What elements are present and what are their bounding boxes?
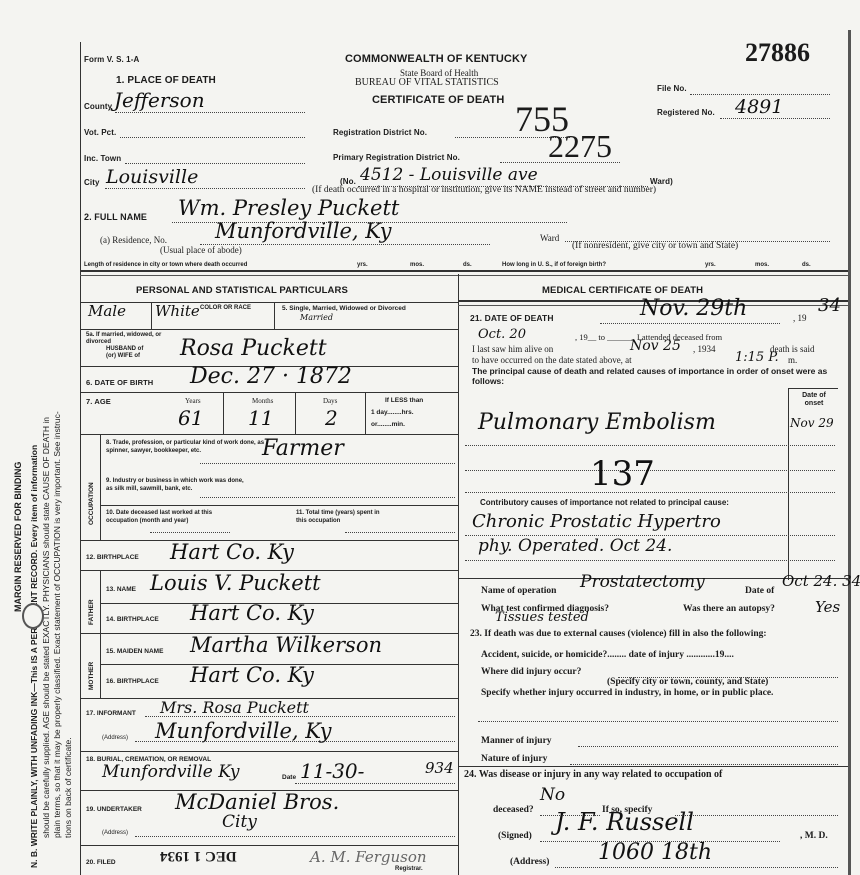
- commonwealth-heading: COMMONWEALTH OF KENTUCKY: [345, 53, 527, 65]
- principal-cause-value[interactable]: Pulmonary Embolism: [478, 410, 716, 435]
- if-so-field[interactable]: [675, 815, 838, 816]
- section-divider: [80, 270, 848, 276]
- deceased-label: deceased?: [493, 805, 534, 815]
- where-injury-label: Where did injury occur?: [481, 667, 581, 677]
- signed-label: (Signed): [498, 831, 532, 841]
- divider: [151, 302, 152, 329]
- months-value[interactable]: 11: [248, 406, 273, 430]
- trade-line: [200, 463, 455, 464]
- undertaker-value[interactable]: McDaniel Bros.: [175, 790, 339, 814]
- foreign-ds: ds.: [802, 262, 811, 268]
- vot-pct-field[interactable]: [120, 137, 305, 138]
- date-of-death-line: [600, 323, 780, 324]
- years-label: Years: [185, 397, 201, 405]
- margin-instructions-3: plain terms, so that it may be properly …: [52, 411, 63, 838]
- dob-value[interactable]: Dec. 27 · 1872: [190, 364, 352, 389]
- full-name-label: 2. FULL NAME: [84, 212, 147, 222]
- father-name-value[interactable]: Louis V. Puckett: [150, 571, 321, 595]
- contributory-label: Contributory causes of importance not re…: [480, 498, 750, 507]
- father-birthplace-value[interactable]: Hart Co. Ky: [190, 601, 314, 625]
- informant-value[interactable]: Mrs. Rosa Puckett: [160, 698, 309, 717]
- margin-instructions-2: should be carefully supplied. AGE should…: [41, 417, 52, 838]
- medical-section-title: MEDICAL CERTIFICATE OF DEATH: [542, 285, 703, 296]
- autopsy-value[interactable]: Yes: [815, 598, 840, 616]
- spouse-label-line1: 5a. If married, widowed, or divorced: [86, 332, 166, 346]
- divider: [100, 434, 101, 540]
- informant-address-value[interactable]: Munfordville, Ky: [155, 719, 331, 743]
- length-residence-label: Length of residence in city or town wher…: [84, 262, 247, 268]
- marital-value[interactable]: Married: [300, 313, 333, 322]
- informant-address-line: [135, 741, 455, 742]
- margin-binding-label: MARGIN RESERVED FOR BINDING: [13, 462, 24, 612]
- days-value[interactable]: 2: [325, 406, 338, 430]
- vot-pct-label: Vot. Pct.: [84, 128, 116, 137]
- informant-label: 17. INFORMANT: [86, 710, 136, 717]
- ward-label: Ward: [540, 233, 559, 243]
- specify-where-field[interactable]: [478, 721, 838, 722]
- frame-right: [848, 30, 851, 875]
- form-id: Form V. S. 1-A: [84, 55, 139, 64]
- full-name-value[interactable]: Wm. Presley Puckett: [178, 196, 399, 220]
- mother-birthplace-label: 16. BIRTHPLACE: [106, 678, 159, 685]
- divider: [80, 302, 458, 303]
- principal-onset-value[interactable]: Nov 29: [790, 416, 834, 430]
- mother-side-label: MOTHER: [88, 662, 95, 690]
- spouse-label-line3: (or) WIFE of: [86, 353, 166, 360]
- day-hrs-field[interactable]: 1 day........hrs.: [371, 409, 414, 416]
- primary-registration-label: Primary Registration District No.: [333, 153, 460, 162]
- divider: [80, 434, 458, 435]
- binding-hole: [22, 603, 44, 629]
- inc-town-label: Inc. Town: [84, 154, 121, 163]
- spouse-label-line2: HUSBAND of: [86, 346, 166, 353]
- occupation-related-label: 24. Was disease or injury in any way rel…: [464, 769, 722, 780]
- county-line: [115, 112, 305, 113]
- contributory-line1[interactable]: Chronic Prostatic Hypertro: [472, 511, 721, 532]
- spouse-value[interactable]: Rosa Puckett: [180, 336, 327, 361]
- registrar-signature: A. M. Ferguson: [310, 848, 427, 866]
- divider: [458, 766, 848, 767]
- foreign-birth-label: How long in U. S., if of foreign birth?: [502, 262, 606, 268]
- res-mos: mos.: [410, 262, 424, 268]
- or-min-field[interactable]: or........min.: [371, 421, 405, 428]
- divider: [365, 392, 366, 434]
- foreign-mos: mos.: [755, 262, 769, 268]
- dob-label: 6. DATE OF BIRTH: [86, 378, 153, 387]
- industry-field[interactable]: [200, 497, 455, 498]
- occurred-text: to have occurred on the date stated abov…: [472, 355, 632, 365]
- file-no-field[interactable]: [690, 94, 830, 95]
- total-time-label: 11. Total time (years) spent in this occ…: [296, 509, 381, 525]
- county-label: County: [84, 102, 112, 111]
- primary-registration-value[interactable]: 2275: [548, 128, 612, 165]
- industry-label: 9. Industry or business in which work wa…: [106, 477, 246, 493]
- occupation-side-label: OCCUPATION: [88, 482, 95, 525]
- last-saw-text: I last saw him alive on: [472, 344, 553, 354]
- contributory-line: [465, 560, 835, 561]
- res-yrs: yrs.: [357, 262, 368, 268]
- days-label: Days: [323, 397, 337, 405]
- months-label: Months: [252, 397, 273, 405]
- undertaker-label: 19. UNDERTAKER: [86, 806, 142, 813]
- manner-injury-label: Manner of injury: [481, 736, 552, 746]
- physician-signature[interactable]: J. F. Russell: [555, 808, 694, 836]
- city-line: [105, 188, 305, 189]
- registered-no-label: Registered No.: [657, 108, 715, 117]
- file-no-label: File No.: [657, 84, 687, 93]
- certificate-title: CERTIFICATE OF DEATH: [372, 94, 504, 106]
- last-saw-year: , 1934: [693, 344, 716, 354]
- burial-year-value[interactable]: 934: [425, 759, 454, 777]
- trade-value[interactable]: Farmer: [262, 436, 344, 461]
- operation-value[interactable]: Prostatectomy: [580, 572, 705, 592]
- mother-name-label: 15. MAIDEN NAME: [106, 648, 163, 655]
- foreign-yrs: yrs.: [705, 262, 716, 268]
- res-ds: ds.: [463, 262, 472, 268]
- test-value[interactable]: Tissues tested: [495, 610, 589, 625]
- birthplace-value[interactable]: Hart Co. Ky: [170, 540, 294, 564]
- father-birthplace-label: 14. BIRTHPLACE: [106, 616, 159, 623]
- registered-no-line: [720, 118, 830, 119]
- county-value[interactable]: Jefferson: [114, 88, 205, 112]
- last-worked-label: 10. Date deceased last worked at this oc…: [106, 509, 221, 525]
- mother-birthplace-value[interactable]: Hart Co. Ky: [190, 663, 314, 687]
- attended-from-value[interactable]: Oct. 20: [478, 327, 526, 342]
- specify-where-label: Specify whether injury occurred in indus…: [481, 688, 841, 698]
- md-label: , M. D.: [800, 831, 828, 841]
- personal-section-title: PERSONAL AND STATISTICAL PARTICULARS: [136, 285, 348, 296]
- total-time-field[interactable]: [345, 532, 455, 533]
- operation-date-label: Date of: [745, 586, 774, 596]
- divider: [295, 392, 296, 434]
- time-of-death-value[interactable]: 1:15 P.: [735, 350, 779, 365]
- onset-column-divider: [788, 388, 789, 580]
- birthplace-label: 12. BIRTHPLACE: [86, 554, 139, 561]
- sex-value[interactable]: Male: [88, 302, 126, 320]
- column-divider: [458, 274, 459, 875]
- divider: [788, 388, 838, 389]
- filed-stamp: DEC 1 1934: [160, 847, 237, 864]
- manner-injury-field[interactable]: [578, 746, 838, 747]
- nonresident-note: (If nonresident, give city or town and S…: [572, 241, 738, 251]
- informant-address-label: (Address): [102, 735, 128, 741]
- nature-injury-label: Nature of injury: [481, 754, 547, 764]
- divider: [223, 392, 224, 434]
- burial-place-value[interactable]: Munfordville Ky: [102, 762, 239, 782]
- mother-name-value[interactable]: Martha Wilkerson: [190, 633, 382, 657]
- father-name-label: 13. NAME: [106, 586, 136, 593]
- street-value[interactable]: 4512 - Louisville ave: [360, 165, 538, 185]
- age-label: 7. AGE: [86, 397, 111, 406]
- residence-line: [200, 244, 490, 245]
- date-of-death-year[interactable]: 34: [818, 295, 841, 316]
- burial-date-label: Date: [282, 774, 296, 781]
- residence-label: (a) Residence, No.: [100, 235, 167, 245]
- divider: [80, 751, 458, 752]
- undertaker-address-line: [135, 836, 455, 837]
- color-value[interactable]: White: [155, 302, 200, 320]
- city-label: City: [84, 178, 100, 187]
- registered-no-value[interactable]: 4891: [735, 96, 783, 118]
- place-of-death-heading: 1. PLACE OF DEATH: [116, 75, 216, 86]
- time-suffix: m.: [788, 355, 797, 365]
- registrar-label: Registrar.: [395, 866, 423, 872]
- undertaker-address-value[interactable]: City: [222, 812, 257, 832]
- stamp-number: 27886: [745, 38, 810, 68]
- autopsy-label: Was there an autopsy?: [683, 604, 775, 614]
- registration-district-label: Registration District No.: [333, 128, 427, 137]
- last-saw-value[interactable]: Nov 25: [630, 338, 681, 354]
- specify-city-note: (Specify city or town, county, and State…: [607, 677, 768, 687]
- nature-injury-field[interactable]: [570, 764, 838, 765]
- trade-label: 8. Trade, profession, or particular kind…: [106, 439, 266, 455]
- deceased-related-value[interactable]: No: [540, 785, 565, 805]
- cause-line: [465, 445, 835, 446]
- years-value[interactable]: 61: [178, 406, 203, 430]
- informant-line: [145, 716, 455, 717]
- operation-label: Name of operation: [481, 586, 556, 596]
- burial-date-value[interactable]: 11-30-: [300, 759, 364, 783]
- contributory-line2[interactable]: phy. Operated. Oct 24.: [478, 536, 672, 556]
- external-causes-label: 23. If death was due to external causes …: [470, 629, 845, 639]
- inc-town-field[interactable]: [125, 163, 305, 164]
- divider: [80, 845, 458, 846]
- physician-address-line: [555, 867, 838, 868]
- physician-address-value[interactable]: 1060 18th: [598, 840, 712, 865]
- less-than-label: If LESS than: [385, 397, 423, 404]
- cause-code: 137: [590, 454, 655, 494]
- divider: [80, 392, 458, 393]
- divider: [100, 505, 458, 506]
- margin-instructions-4: tions on back of certificate.: [63, 737, 74, 838]
- city-value[interactable]: Louisville: [106, 166, 198, 188]
- residence-value[interactable]: Munfordville, Ky: [215, 219, 391, 243]
- date-of-onset-label: Date of onset: [794, 392, 834, 408]
- father-side-label: FATHER: [88, 599, 95, 625]
- accident-label[interactable]: Accident, suicide, or homicide?........ …: [481, 650, 734, 660]
- bureau-heading: BUREAU OF VITAL STATISTICS: [355, 77, 499, 88]
- marital-label: 5. Single, Married, Widowed or Divorced: [282, 305, 406, 312]
- undertaker-address-label: (Address): [102, 830, 128, 836]
- principal-cause-text: The principal cause of death and related…: [472, 366, 842, 386]
- divider: [274, 302, 275, 329]
- divider: [100, 570, 101, 698]
- usual-place-note: (Usual place of abode): [160, 245, 242, 255]
- date-of-death-label: 21. DATE OF DEATH: [470, 313, 554, 323]
- hospital-note: (If death occurred in a hospital or inst…: [312, 185, 656, 195]
- burial-date-line: [295, 783, 455, 784]
- operation-date-value[interactable]: Oct 24. 34: [782, 572, 860, 590]
- margin-instructions-1: N. B. WRITE PLAINLY, WITH UNFADING INK—T…: [29, 445, 40, 868]
- last-worked-field[interactable]: [150, 532, 230, 533]
- physician-address-label: (Address): [510, 857, 549, 867]
- color-label: COLOR OR RACE: [200, 305, 251, 311]
- filed-label: 20. FILED: [86, 859, 116, 866]
- spouse-label: 5a. If married, widowed, or divorced HUS…: [86, 332, 166, 360]
- divider: [80, 329, 458, 330]
- date-of-death-value[interactable]: Nov. 29th: [640, 296, 747, 321]
- cause-line: [465, 492, 835, 493]
